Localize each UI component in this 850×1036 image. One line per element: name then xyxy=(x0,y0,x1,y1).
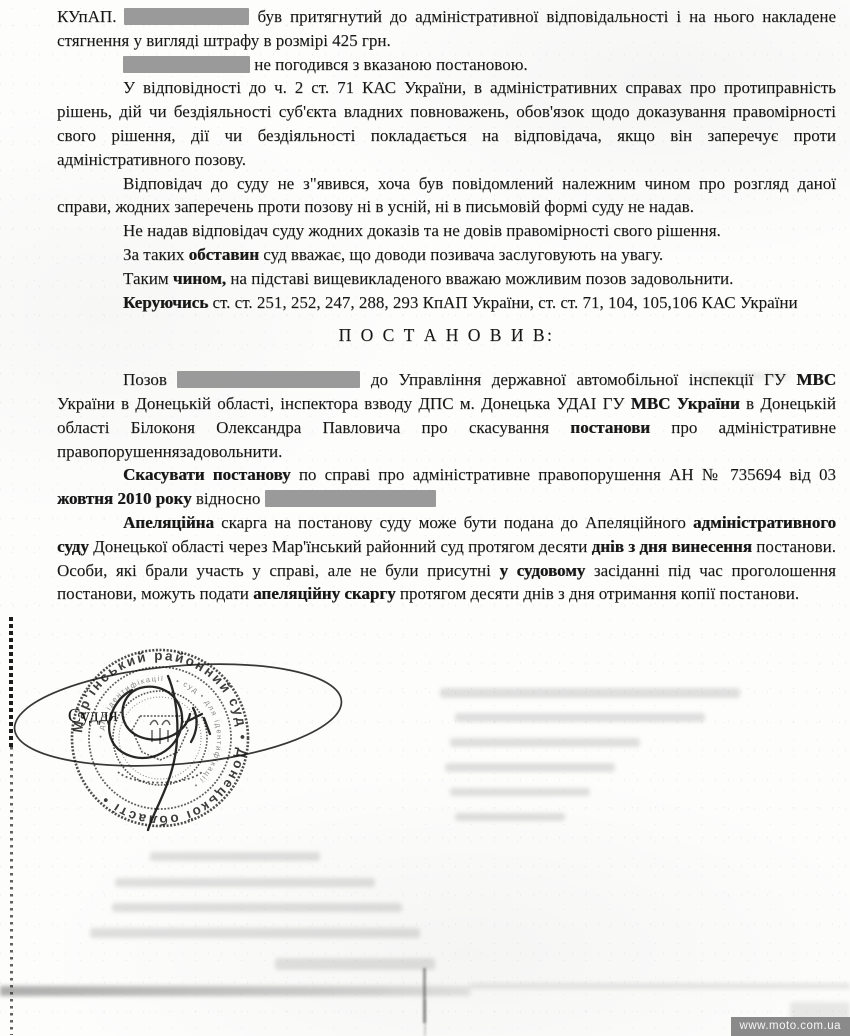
text-segment: днів з дня винесення xyxy=(592,537,752,556)
text-segment: За таких xyxy=(123,245,189,264)
fold-crease-horizontal xyxy=(0,986,470,996)
text-segment: по справі про адміністративне правопоруш… xyxy=(291,465,836,484)
text-segment: обставин xyxy=(189,245,259,264)
bleed-through-smudge xyxy=(275,958,435,970)
bleed-through-smudge xyxy=(115,878,375,887)
text-segment: Не надав відповідач суду жодних доказів … xyxy=(123,221,721,240)
para-kupap: КУпАП. був притягнутий до адміністративн… xyxy=(57,5,836,53)
para-circumstances: За таких обставин суд вважає, що доводи … xyxy=(57,243,836,267)
text-segment: КУпАП. xyxy=(57,7,124,26)
bleed-through-smudge xyxy=(700,372,790,380)
para-conclusion: Таким чином, на підставі вищевикладеного… xyxy=(57,267,836,291)
para-claim: Позов до Управління державної автомобіль… xyxy=(57,368,836,463)
bleed-through-smudge xyxy=(112,903,402,912)
redaction-bar xyxy=(265,490,436,507)
bleed-through-smudge xyxy=(440,688,740,698)
para-disagree: не погодився з вказаною постановою. xyxy=(57,53,836,77)
para-appeal: Апеляційна скарга на постанову суду може… xyxy=(57,511,836,606)
text-segment: У відповідності до ч. 2 ст. 71 КАС Украї… xyxy=(57,78,836,168)
scanned-court-document: КУпАП. був притягнутий до адміністративн… xyxy=(0,0,850,1036)
bleed-through-smudge xyxy=(455,813,565,821)
text-segment: МВС xyxy=(796,370,836,389)
para-cancel-resolution: Скасувати постанову по справі про адміні… xyxy=(57,463,836,511)
bleed-through-smudge xyxy=(455,713,705,722)
text-segment: Апеляційна xyxy=(123,513,214,532)
text-segment: П О С Т А Н О В И В: xyxy=(339,325,555,345)
para-legal-basis: Керуючись ст. ст. 251, 252, 247, 288, 29… xyxy=(57,291,836,315)
bleed-through-smudge xyxy=(450,738,640,747)
text-segment: Донецької області через Мар'їнський райо… xyxy=(89,537,592,556)
text-segment: МВС України xyxy=(631,394,740,413)
fold-crease-horizontal xyxy=(470,983,850,989)
court-stamp-block: Мар'їнський районний суд • Донецької обл… xyxy=(0,630,380,870)
text-segment: відносно xyxy=(192,489,265,508)
redaction-bar xyxy=(177,371,360,388)
text-segment: Позов xyxy=(123,370,177,389)
text-segment: жовтня 2010 року xyxy=(57,489,192,508)
court-seal-and-signature: Мар'їнський районний суд • Донецької обл… xyxy=(0,630,380,870)
text-segment: чином, xyxy=(173,269,226,288)
text-segment: постанови xyxy=(570,418,650,437)
para-defendant-absent: Відповідач до суду не з"явився, хоча був… xyxy=(57,172,836,220)
text-segment: Таким xyxy=(123,269,173,288)
para-no-proof: Не надав відповідач суду жодних доказів … xyxy=(57,219,836,243)
document-body: КУпАП. був притягнутий до адміністративн… xyxy=(0,0,850,606)
text-segment: Відповідач до суду не з"явився, хоча був… xyxy=(57,174,836,217)
para-kas-71: У відповідності до ч. 2 ст. 71 КАС Украї… xyxy=(57,76,836,171)
text-segment: не погодився з вказаною постановою. xyxy=(250,55,528,74)
bleed-through-smudge xyxy=(450,788,590,796)
bleed-through-smudge xyxy=(445,763,615,772)
text-segment: суд вважає, що доводи позивача заслугову… xyxy=(259,245,663,264)
text-segment: ст. ст. 251, 252, 247, 288, 293 КпАП Укр… xyxy=(208,293,797,312)
bleed-through-smudge xyxy=(90,928,420,938)
text-segment: Скасувати постанову xyxy=(123,465,291,484)
text-segment: апеляційну скаргу xyxy=(253,584,395,603)
redaction-bar xyxy=(124,8,249,25)
text-segment: протягом десяти днів з дня отримання коп… xyxy=(396,584,800,603)
redaction-bar xyxy=(123,56,250,73)
text-segment: на підставі вищевикладеного вважаю можли… xyxy=(226,269,733,288)
text-segment: скарга на постанову суду може бути подан… xyxy=(214,513,693,532)
fold-crease-vertical xyxy=(424,1000,426,1036)
resolution-heading: П О С Т А Н О В И В: xyxy=(57,324,836,348)
watermark-label: www.moto.com.ua xyxy=(731,1017,850,1036)
text-segment: у судовому xyxy=(499,561,585,580)
text-segment: України в Донецькій області, інспектора … xyxy=(57,394,631,413)
text-segment: Керуючись xyxy=(123,293,208,312)
seal-emblem xyxy=(118,716,202,783)
